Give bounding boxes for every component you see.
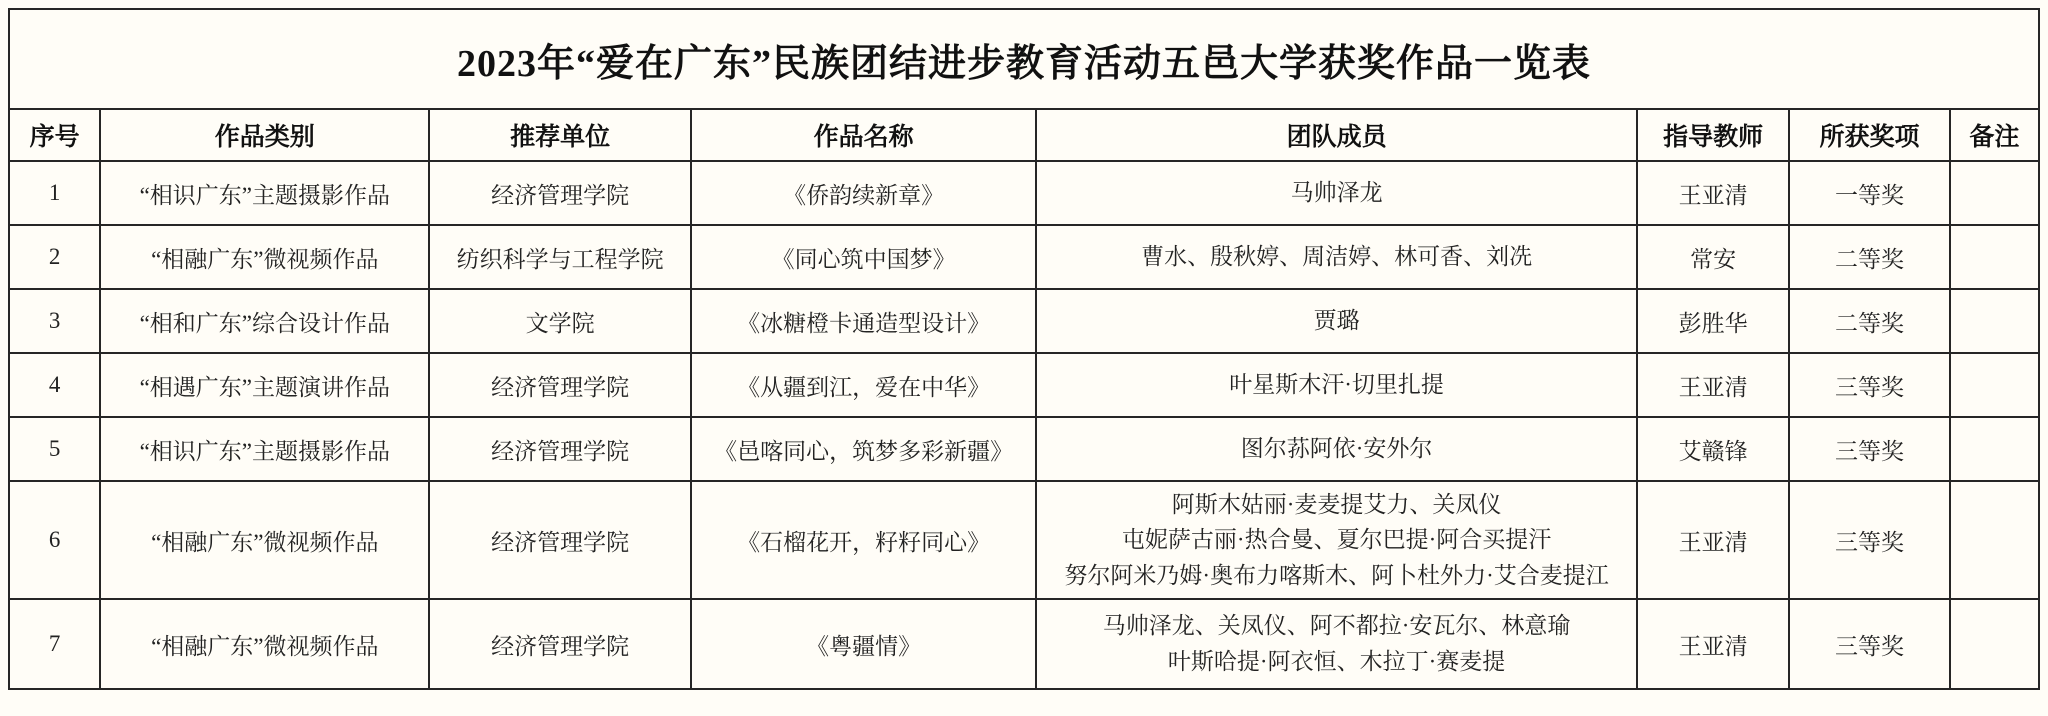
work-name-cell: 《邑喀同心，筑梦多彩新疆》 xyxy=(691,417,1036,481)
note-cell xyxy=(1950,225,2039,289)
category-cell: “相融广东”微视频作品 xyxy=(100,225,429,289)
unit-cell: 文学院 xyxy=(429,289,691,353)
work-name-cell: 《石榴花开，籽籽同心》 xyxy=(691,481,1036,599)
table-row: 2 “相融广东”微视频作品 纺织科学与工程学院 《同心筑中国梦》 曹水、殷秋婷、… xyxy=(9,225,2039,289)
award-cell: 二等奖 xyxy=(1789,289,1949,353)
teacher-cell: 常安 xyxy=(1637,225,1789,289)
award-cell: 三等奖 xyxy=(1789,417,1949,481)
work-name-cell: 《侨韵续新章》 xyxy=(691,161,1036,225)
unit-cell: 经济管理学院 xyxy=(429,161,691,225)
work-name-cell: 《粤疆情》 xyxy=(691,599,1036,689)
members-cell: 阿斯木姑丽·麦麦提艾力、关凤仪 屯妮萨古丽·热合曼、夏尔巴提·阿合买提汗 努尔阿… xyxy=(1036,481,1637,599)
award-cell: 二等奖 xyxy=(1789,225,1949,289)
index-cell: 4 xyxy=(9,353,100,417)
award-list-table: 2023年“爱在广东”民族团结进步教育活动五邑大学获奖作品一览表 序号 作品类别… xyxy=(8,8,2040,690)
award-cell: 三等奖 xyxy=(1789,353,1949,417)
unit-cell: 经济管理学院 xyxy=(429,353,691,417)
members-cell: 马帅泽龙 xyxy=(1036,161,1637,225)
index-cell: 1 xyxy=(9,161,100,225)
column-header-row: 序号 作品类别 推荐单位 作品名称 团队成员 指导教师 所获奖项 备注 xyxy=(9,109,2039,161)
unit-cell: 经济管理学院 xyxy=(429,481,691,599)
category-cell: “相识广东”主题摄影作品 xyxy=(100,161,429,225)
table-row: 4 “相遇广东”主题演讲作品 经济管理学院 《从疆到江，爱在中华》 叶星斯木汗·… xyxy=(9,353,2039,417)
note-cell xyxy=(1950,161,2039,225)
unit-cell: 经济管理学院 xyxy=(429,417,691,481)
teacher-cell: 彭胜华 xyxy=(1637,289,1789,353)
work-name-cell: 《冰糖橙卡通造型设计》 xyxy=(691,289,1036,353)
table-row: 7 “相融广东”微视频作品 经济管理学院 《粤疆情》 马帅泽龙、关凤仪、阿不都拉… xyxy=(9,599,2039,689)
teacher-cell: 王亚清 xyxy=(1637,481,1789,599)
index-cell: 5 xyxy=(9,417,100,481)
page-title: 2023年“爱在广东”民族团结进步教育活动五邑大学获奖作品一览表 xyxy=(9,9,2039,109)
members-cell: 曹水、殷秋婷、周洁婷、林可香、刘冼 xyxy=(1036,225,1637,289)
table-title-row: 2023年“爱在广东”民族团结进步教育活动五邑大学获奖作品一览表 xyxy=(9,9,2039,109)
note-cell xyxy=(1950,599,2039,689)
teacher-cell: 王亚清 xyxy=(1637,161,1789,225)
members-cell: 贾璐 xyxy=(1036,289,1637,353)
teacher-cell: 王亚清 xyxy=(1637,599,1789,689)
table-row: 6 “相融广东”微视频作品 经济管理学院 《石榴花开，籽籽同心》 阿斯木姑丽·麦… xyxy=(9,481,2039,599)
unit-cell: 经济管理学院 xyxy=(429,599,691,689)
document-sheet: 2023年“爱在广东”民族团结进步教育活动五邑大学获奖作品一览表 序号 作品类别… xyxy=(0,0,2048,716)
note-cell xyxy=(1950,417,2039,481)
index-cell: 6 xyxy=(9,481,100,599)
table-row: 1 “相识广东”主题摄影作品 经济管理学院 《侨韵续新章》 马帅泽龙 王亚清 一… xyxy=(9,161,2039,225)
header-work-name: 作品名称 xyxy=(691,109,1036,161)
category-cell: “相遇广东”主题演讲作品 xyxy=(100,353,429,417)
index-cell: 2 xyxy=(9,225,100,289)
members-cell: 马帅泽龙、关凤仪、阿不都拉·安瓦尔、林意瑜 叶斯哈提·阿衣恒、木拉丁·赛麦提 xyxy=(1036,599,1637,689)
table-row: 5 “相识广东”主题摄影作品 经济管理学院 《邑喀同心，筑梦多彩新疆》 图尔荪阿… xyxy=(9,417,2039,481)
category-cell: “相和广东”综合设计作品 xyxy=(100,289,429,353)
header-category: 作品类别 xyxy=(100,109,429,161)
index-cell: 3 xyxy=(9,289,100,353)
work-name-cell: 《从疆到江，爱在中华》 xyxy=(691,353,1036,417)
teacher-cell: 王亚清 xyxy=(1637,353,1789,417)
category-cell: “相融广东”微视频作品 xyxy=(100,481,429,599)
work-name-cell: 《同心筑中国梦》 xyxy=(691,225,1036,289)
award-cell: 三等奖 xyxy=(1789,599,1949,689)
header-note: 备注 xyxy=(1950,109,2039,161)
members-cell: 图尔荪阿依·安外尔 xyxy=(1036,417,1637,481)
header-unit: 推荐单位 xyxy=(429,109,691,161)
award-cell: 三等奖 xyxy=(1789,481,1949,599)
header-teacher: 指导教师 xyxy=(1637,109,1789,161)
unit-cell: 纺织科学与工程学院 xyxy=(429,225,691,289)
category-cell: “相识广东”主题摄影作品 xyxy=(100,417,429,481)
note-cell xyxy=(1950,481,2039,599)
award-cell: 一等奖 xyxy=(1789,161,1949,225)
index-cell: 7 xyxy=(9,599,100,689)
header-members: 团队成员 xyxy=(1036,109,1637,161)
teacher-cell: 艾赣锋 xyxy=(1637,417,1789,481)
members-cell: 叶星斯木汗·切里扎提 xyxy=(1036,353,1637,417)
header-index: 序号 xyxy=(9,109,100,161)
note-cell xyxy=(1950,353,2039,417)
header-award: 所获奖项 xyxy=(1789,109,1949,161)
table-row: 3 “相和广东”综合设计作品 文学院 《冰糖橙卡通造型设计》 贾璐 彭胜华 二等… xyxy=(9,289,2039,353)
note-cell xyxy=(1950,289,2039,353)
category-cell: “相融广东”微视频作品 xyxy=(100,599,429,689)
